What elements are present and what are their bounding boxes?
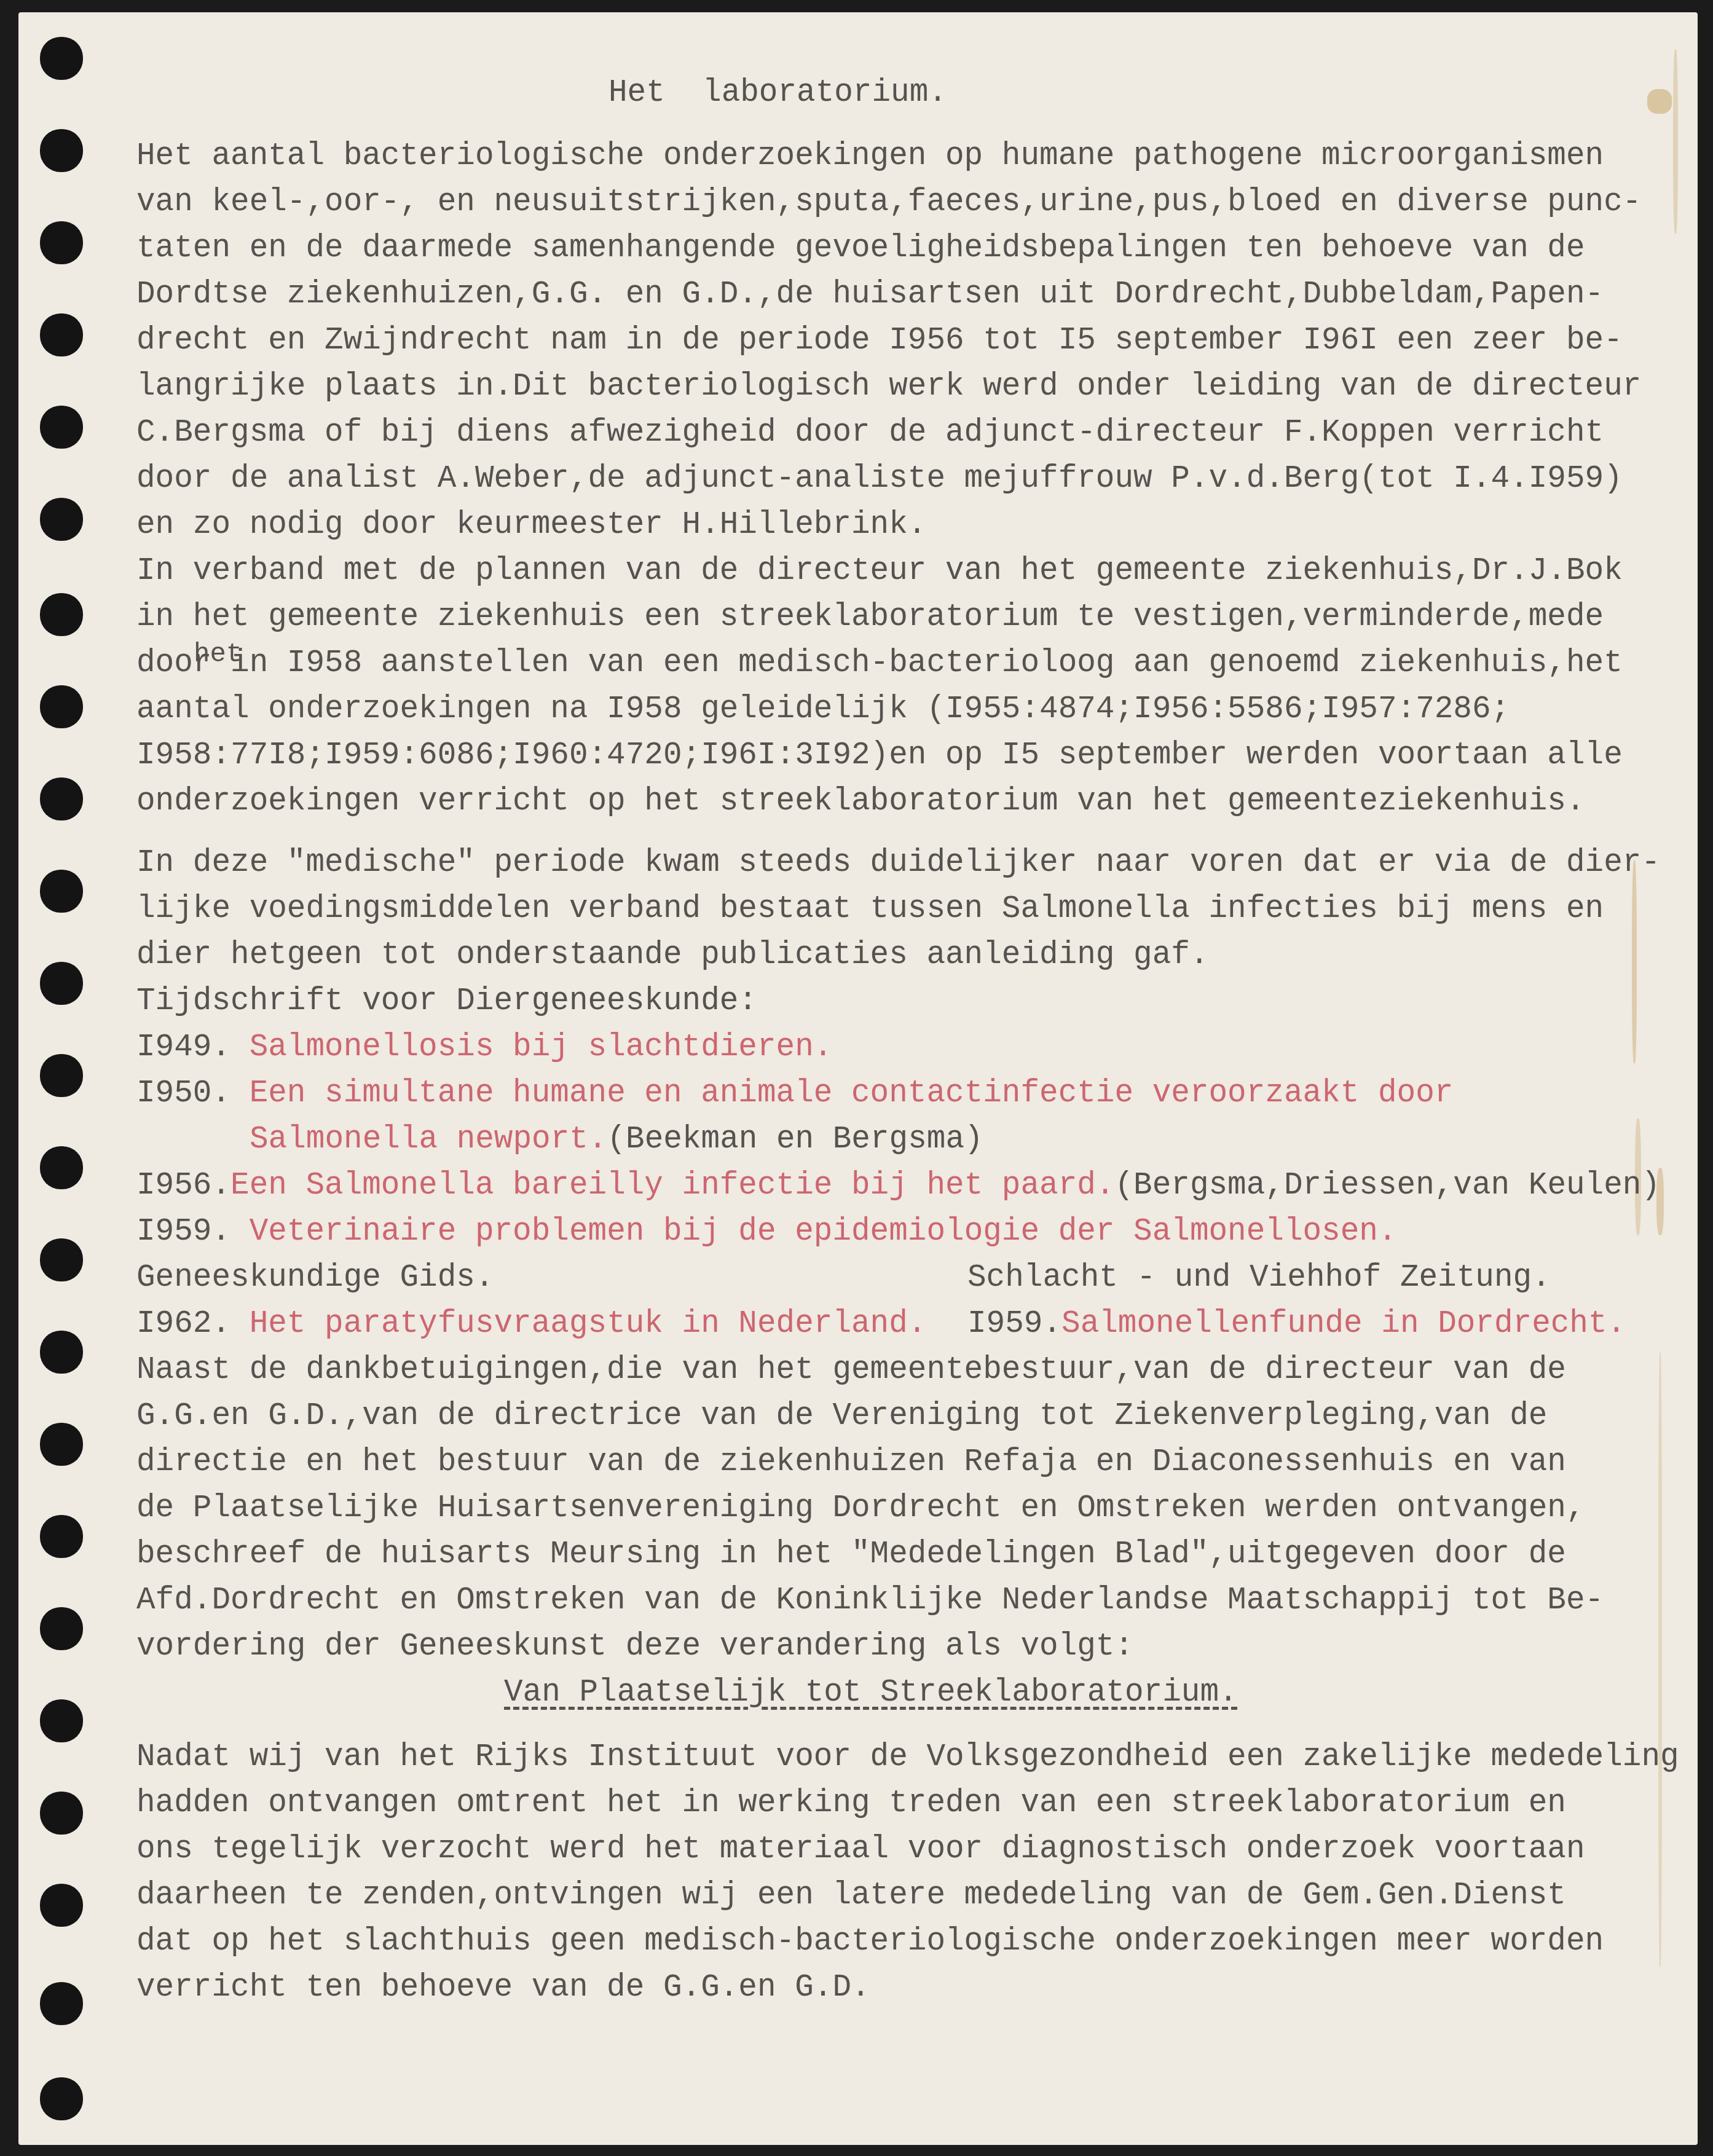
section-subheading: Van Plaatselijk tot Streeklaboratorium. — [504, 1675, 1238, 1712]
binder-hole — [40, 313, 83, 356]
paragraph-line: onderzoekingen verricht op het streeklab… — [136, 784, 1585, 820]
binder-hole — [40, 1331, 83, 1374]
paragraph-line: Dordtse ziekenhuizen,G.G. en G.D.,de hui… — [136, 277, 1604, 313]
binder-hole — [40, 777, 83, 820]
paragraph-line: In deze "medische" periode kwam steeds d… — [136, 845, 1660, 882]
paragraph-line: taten en de daarmede samenhangende gevoe… — [136, 230, 1585, 267]
journal-heading: Schlacht - und Viehhof Zeitung. — [967, 1260, 1551, 1297]
binder-hole — [40, 1054, 83, 1097]
paragraph-line: Afd.Dordrecht en Omstreken van de Konink… — [136, 1583, 1604, 1619]
paragraph-line: Naast de dankbetuigingen,die van het gem… — [136, 1352, 1566, 1389]
publication-year: I956. — [136, 1168, 230, 1203]
paragraph-line: verricht ten behoeve van de G.G.en G.D. — [136, 1970, 870, 2007]
binder-hole — [40, 962, 83, 1005]
publication-title: Salmonellenfunde in Dordrecht. — [1061, 1307, 1626, 1342]
paper-stain — [1673, 49, 1678, 234]
paragraph-line: ons tegelijk verzocht werd het materiaal… — [136, 1831, 1585, 1868]
paragraph-line: C.Bergsma of bij diens afwezigheid door … — [136, 415, 1604, 452]
binder-hole — [40, 129, 83, 172]
publication-title: Veterinaire problemen bij de epidemiolog… — [250, 1214, 1397, 1249]
publication-entry: I959. Veterinaire problemen bij de epide… — [136, 1214, 1397, 1251]
binder-hole — [40, 1699, 83, 1742]
binder-hole — [40, 1607, 83, 1650]
paragraph-line: door in I958 aanstellen van een medisch-… — [136, 645, 1623, 682]
binder-hole — [40, 221, 83, 264]
publication-year: I959. — [967, 1307, 1061, 1342]
binder-hole — [40, 1792, 83, 1835]
paragraph-line: lijke voedingsmiddelen verband bestaat t… — [136, 891, 1604, 928]
binder-hole — [40, 406, 83, 449]
paragraph-line: van keel-,oor-, en neusuitstrijken,sputa… — [136, 184, 1641, 221]
binder-hole — [40, 498, 83, 541]
binder-hole — [40, 37, 83, 80]
paragraph-line: en zo nodig door keurmeester H.Hillebrin… — [136, 507, 926, 544]
paragraph-line: G.G.en G.D.,van de directrice van de Ver… — [136, 1398, 1547, 1435]
binder-hole — [40, 1146, 83, 1189]
publication-title: Een simultane humane en animale contacti… — [250, 1076, 1454, 1111]
publication-entry: I962. Het paratyfusvraagstuk in Nederlan… — [136, 1306, 926, 1343]
binder-hole — [40, 1982, 83, 2025]
binder-hole — [40, 685, 83, 728]
paragraph-line: drecht en Zwijndrecht nam in de periode … — [136, 323, 1623, 360]
paragraph-line: door de analist A.Weber,de adjunct-anali… — [136, 461, 1623, 498]
publication-title: Het paratyfusvraagstuk in Nederland. — [250, 1307, 927, 1342]
paragraph-line: aantal onderzoekingen na I958 geleidelij… — [136, 691, 1510, 728]
publication-year: I959. — [136, 1214, 230, 1249]
paragraph-line: In verband met de plannen van de directe… — [136, 553, 1623, 590]
publication-entry: I949. Salmonellosis bij slachtdieren. — [136, 1029, 832, 1066]
paragraph-line: dier hetgeen tot onderstaande publicatie… — [136, 937, 1208, 974]
paragraph-line: Nadat wij van het Rijks Instituut voor d… — [136, 1739, 1679, 1776]
paper-stain — [1632, 860, 1637, 1063]
paragraph-line: hadden ontvangen omtrent het in werking … — [136, 1785, 1566, 1822]
journal-heading: Tijdschrift voor Diergeneeskunde: — [136, 983, 757, 1020]
journal-heading: Geneeskundige Gids. — [136, 1260, 494, 1297]
paper-stain — [1658, 1352, 1662, 1967]
paragraph-line: Het aantal bacteriologische onderzoeking… — [136, 138, 1604, 175]
paragraph-line: vordering der Geneeskunst deze veranderi… — [136, 1629, 1133, 1666]
paragraph-line: beschreef de huisarts Meursing in het "M… — [136, 1536, 1566, 1573]
publication-entry: I950. Een simultane humane en animale co… — [136, 1076, 1453, 1112]
publication-title: Salmonellosis bij slachtdieren. — [250, 1030, 833, 1065]
paragraph-line: de Plaatselijke Huisartsenvereniging Dor… — [136, 1490, 1585, 1527]
binder-hole — [40, 1423, 83, 1466]
paragraph-line: dat op het slachthuis geen medisch-bacte… — [136, 1924, 1604, 1961]
paragraph-line: daarheen te zenden,ontvingen wij een lat… — [136, 1878, 1566, 1914]
publication-entry: I956.Een Salmonella bareilly infectie bi… — [136, 1168, 1660, 1205]
paragraph-line: in het gemeente ziekenhuis een streeklab… — [136, 599, 1604, 636]
publication-entry: I959.Salmonellenfunde in Dordrecht. — [967, 1306, 1626, 1343]
page-title: Het laboratorium. — [608, 75, 947, 112]
paragraph-line: I958:77I8;I959:6086;I960:4720;I96I:3I92)… — [136, 738, 1623, 774]
binder-hole — [40, 593, 83, 636]
binder-hole — [40, 870, 83, 913]
binder-hole — [40, 1884, 83, 1927]
paragraph-line: directie en het bestuur van de ziekenhui… — [136, 1444, 1566, 1481]
publication-authors: (Bergsma,Driessen,van Keulen) — [1114, 1168, 1660, 1203]
binder-hole — [40, 1238, 83, 1281]
paragraph-line: langrijke plaats in.Dit bacteriologisch … — [136, 369, 1641, 406]
publication-entry: Salmonella newport.(Beekman en Bergsma) — [250, 1122, 983, 1159]
publication-title: Salmonella newport. — [250, 1122, 607, 1157]
binder-hole — [40, 1515, 83, 1558]
publication-authors: (Beekman en Bergsma) — [607, 1122, 983, 1157]
publication-year: I949. — [136, 1030, 230, 1065]
binder-hole — [40, 2077, 83, 2120]
publication-year: I950. — [136, 1076, 230, 1111]
publication-year: I962. — [136, 1307, 230, 1342]
publication-title: Een Salmonella bareilly infectie bij het… — [230, 1168, 1114, 1203]
paper-stain — [1647, 89, 1672, 114]
